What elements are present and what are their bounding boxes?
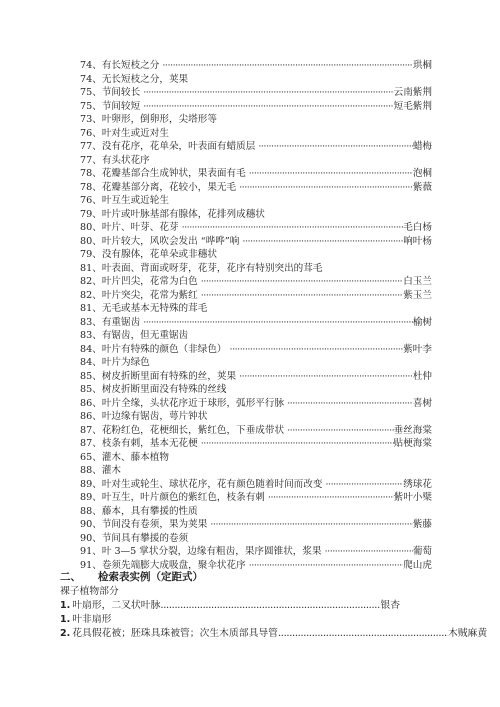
- key-line: 89、叶对生或轮生、球状花序，花有颜色随着时间而改变绣球花: [80, 478, 432, 492]
- key-line-number: 83、: [80, 316, 102, 330]
- section-subtitle: 裸子植物部分: [60, 585, 440, 599]
- key-line-text: 叶表面、背面或呀芽，花芽，花序有特别突出的茸毛: [102, 262, 323, 276]
- key-line-text: 叶片为绿色: [102, 356, 150, 370]
- key-line: 76、叶对生或近对生: [80, 127, 432, 141]
- dot-leader: [236, 370, 413, 384]
- key-line-text: 叶片、叶芽、花芽: [102, 221, 179, 235]
- dot-leader: [246, 167, 413, 181]
- dot-leader: [179, 221, 404, 235]
- key-line: 83、有重锯齿榆树: [80, 316, 432, 330]
- subtitle-text: 裸子植物部分: [60, 585, 119, 599]
- key-line-species: 白玉兰: [403, 275, 432, 289]
- section-line-text: 叶扇形，二叉状叶脉: [72, 599, 160, 613]
- key-line-text: 灌木、藤本植物: [102, 451, 169, 465]
- key-line-number: 88、: [80, 464, 102, 478]
- key-line-number: 78、: [80, 181, 102, 195]
- key-line-text: 节间较短: [102, 100, 140, 114]
- key-line-text: 树皮折断里面有特殊的丝，荚果: [102, 370, 236, 384]
- dot-leader: [160, 599, 380, 613]
- key-line: 88、灌木: [80, 464, 432, 478]
- key-line: 73、叶卵形，倒卵形，尖塔形等: [80, 113, 432, 127]
- dot-leader: [284, 424, 394, 438]
- key-line-text: 叶对生或轮生、球状花序，花有颜色随着时间而改变: [102, 478, 323, 492]
- dot-leader: [278, 627, 448, 641]
- key-line: 91、叶 3—5 掌状分裂，边缘有粗齿，果序圆锥状，浆果葡萄: [80, 545, 432, 559]
- key-line-text: 叶互生或近轮生: [102, 194, 169, 208]
- dot-leader: [227, 343, 404, 357]
- key-line-number: 73、: [80, 113, 102, 127]
- key-line-text: 无长短枝之分，荚果: [102, 73, 188, 87]
- key-line: 81、叶表面、背面或呀芽，花芽，花序有特别突出的茸毛: [80, 262, 432, 276]
- key-line-species: 云南紫荆: [394, 86, 432, 100]
- key-line-number: 84、: [80, 343, 102, 357]
- section-title: 检索表实例（定距式）: [98, 571, 203, 583]
- key-line-text: 灌木: [102, 464, 121, 478]
- section-line-species: 木贼麻黄: [448, 627, 487, 641]
- dot-leader: [140, 100, 393, 114]
- key-line-text: 有长短枝之分: [102, 59, 160, 73]
- key-line-number: 81、: [80, 302, 102, 316]
- key-line-text: 有锯齿，但无重锯齿: [102, 329, 188, 343]
- key-line-species: 紫藤: [413, 518, 432, 532]
- key-line-number: 86、: [80, 397, 102, 411]
- key-line-text: 叶 3—5 掌状分裂，边缘有粗齿，果序圆锥状，浆果: [102, 545, 322, 559]
- key-line-text: 叶互生，叶片颜色的紫红色，枝条有刺: [102, 491, 265, 505]
- section-key-line: 1.叶非扇形: [60, 613, 440, 627]
- key-line-number: 84、: [80, 356, 102, 370]
- key-line: 77、没有花序，花单朵，叶表面有蜡质层蜡梅: [80, 140, 432, 154]
- dot-leader: [159, 59, 412, 73]
- dot-leader: [265, 491, 394, 505]
- key-line-species: 贴梗海棠: [394, 437, 432, 451]
- dichotomous-key-list: 74、有长短枝之分珙桐74、无长短枝之分，荚果75、节间较长云南紫荆75、节间较…: [80, 59, 432, 572]
- key-line: 74、无长短枝之分，荚果: [80, 73, 432, 87]
- key-line: 82、叶片凹尖，花常为白色白玉兰: [80, 275, 432, 289]
- key-line-number: 76、: [80, 127, 102, 141]
- key-line-text: 有头状花序: [102, 154, 150, 168]
- key-line: 89、叶互生，叶片颜色的紫红色，枝条有刺紫叶小檗: [80, 491, 432, 505]
- key-line-number: 87、: [80, 424, 102, 438]
- key-line: 80、叶片、叶芽、花芽毛白杨: [80, 221, 432, 235]
- dot-leader: [207, 518, 412, 532]
- key-line-species: 蜡梅: [413, 140, 432, 154]
- key-line-species: 榆树: [413, 316, 432, 330]
- key-line-number: 75、: [80, 86, 102, 100]
- key-line-species: 葡萄: [413, 545, 432, 559]
- key-line-text: 叶片凹尖，花常为白色: [102, 275, 198, 289]
- key-line: 85、树皮折断里面没有特殊的丝线: [80, 383, 432, 397]
- dot-leader: [322, 478, 403, 492]
- key-line: 76、叶互生或近轮生: [80, 194, 432, 208]
- key-line: 79、叶片或叶脉基部有腺体，花排列成穗状: [80, 208, 432, 222]
- key-line-species: 绣球花: [403, 478, 432, 492]
- key-line-text: 无毛或基本无特殊的茸毛: [102, 302, 208, 316]
- key-line-number: 74、: [80, 73, 102, 87]
- key-line-number: 65、: [80, 451, 102, 465]
- key-line-number: 90、: [80, 532, 102, 546]
- key-line-text: 花粉红色，花梗细长，紫红色，下垂成带状: [102, 424, 284, 438]
- key-line: 88、藤本，具有攀援的性质: [80, 505, 432, 519]
- key-line: 84、叶片为绿色: [80, 356, 432, 370]
- key-line: 83、有锯齿，但无重锯齿: [80, 329, 432, 343]
- key-line: 90、节间具有攀援的卷须: [80, 532, 432, 546]
- key-line: 75、节间较长云南紫荆: [80, 86, 432, 100]
- key-line-number: 85、: [80, 370, 102, 384]
- key-line: 85、树皮折断里面有特殊的丝，荚果杜仲: [80, 370, 432, 384]
- key-line-text: 叶片较大，风吹会发出 “哗哗”响: [102, 235, 240, 249]
- key-line-number: 79、: [80, 248, 102, 262]
- section-key-lines: 1.叶扇形，二叉状叶脉银杏1.叶非扇形2.花具假花被；胚珠具珠被管；次生木质部具…: [60, 599, 440, 641]
- key-line-text: 藤本，具有攀援的性质: [102, 505, 198, 519]
- key-line-number: 85、: [80, 383, 102, 397]
- key-line-species: 紫叶小檗: [394, 491, 432, 505]
- key-line-number: 89、: [80, 478, 102, 492]
- section-line-number: 1.: [60, 613, 70, 627]
- key-line-text: 花瓣基部合生成钟状，果表面有毛: [102, 167, 246, 181]
- dot-leader: [255, 140, 413, 154]
- key-line-species: 紫薇: [413, 181, 432, 195]
- key-line-species: 毛白杨: [403, 221, 432, 235]
- key-line-species: 垂丝海棠: [394, 424, 432, 438]
- key-line: 87、花粉红色，花梗细长，紫红色，下垂成带状垂丝海棠: [80, 424, 432, 438]
- dot-leader: [236, 181, 413, 195]
- dot-leader: [140, 316, 413, 330]
- section-line-number: 2.: [60, 627, 70, 641]
- key-line: 78、花瓣基部合生成钟状，果表面有毛泡桐: [80, 167, 432, 181]
- key-line: 82、叶片突尖，花常为紫红紫玉兰: [80, 289, 432, 303]
- key-line-species: 喜树: [413, 397, 432, 411]
- section-heading: 二、检索表实例（定距式）: [60, 570, 440, 585]
- section-line-species: 银杏: [380, 599, 400, 613]
- section-line-number: 1.: [60, 599, 70, 613]
- key-line-number: 79、: [80, 208, 102, 222]
- dot-leader: [239, 235, 403, 249]
- example-section: 二、检索表实例（定距式） 裸子植物部分 1.叶扇形，二叉状叶脉银杏1.叶非扇形2…: [60, 570, 440, 641]
- key-line-species: 短毛紫荆: [394, 100, 432, 114]
- key-line-text: 叶边缘有锯齿，萼片钟状: [102, 410, 208, 424]
- key-line: 86、叶片全缘，头状花序近于球形，弧形平行脉喜树: [80, 397, 432, 411]
- key-line-species: 紫叶李: [403, 343, 432, 357]
- key-line-number: 90、: [80, 518, 102, 532]
- key-line-text: 节间没有卷须，果为荚果: [102, 518, 208, 532]
- key-line-species: 珙桐: [413, 59, 432, 73]
- key-line: 77、有头状花序: [80, 154, 432, 168]
- key-line-number: 89、: [80, 491, 102, 505]
- key-line-species: 紫玉兰: [403, 289, 432, 303]
- dot-leader: [322, 545, 413, 559]
- key-line-species: 响叶杨: [403, 235, 432, 249]
- key-line: 65、灌木、藤本植物: [80, 451, 432, 465]
- key-line-text: 叶对生或近对生: [102, 127, 169, 141]
- dot-leader: [198, 437, 394, 451]
- key-line-number: 82、: [80, 275, 102, 289]
- key-line-text: 没有腺体，花单朵或非穗状: [102, 248, 217, 262]
- key-line: 79、没有腺体，花单朵或非穗状: [80, 248, 432, 262]
- section-line-text: 叶非扇形: [72, 613, 111, 627]
- key-line-text: 叶片或叶脉基部有腺体，花排列成穗状: [102, 208, 265, 222]
- key-line-number: 78、: [80, 167, 102, 181]
- dot-leader: [284, 397, 413, 411]
- key-line-species: 杜仲: [413, 370, 432, 384]
- key-line-number: 91、: [80, 545, 102, 559]
- key-line-text: 叶卵形，倒卵形，尖塔形等: [102, 113, 217, 127]
- key-line-text: 叶片全缘，头状花序近于球形，弧形平行脉: [102, 397, 284, 411]
- section-key-line: 1.叶扇形，二叉状叶脉银杏: [60, 599, 440, 613]
- key-line: 81、无毛或基本无特殊的茸毛: [80, 302, 432, 316]
- key-line-number: 75、: [80, 100, 102, 114]
- key-line-text: 叶片突尖，花常为紫红: [102, 289, 198, 303]
- key-line: 78、花瓣基部分离，花较小，果无毛紫薇: [80, 181, 432, 195]
- document-page: 74、有长短枝之分珙桐74、无长短枝之分，荚果75、节间较长云南紫荆75、节间较…: [0, 0, 500, 707]
- key-line-species: 泡桐: [413, 167, 432, 181]
- key-line: 80、叶片较大，风吹会发出 “哗哗”响响叶杨: [80, 235, 432, 249]
- key-line-number: 80、: [80, 221, 102, 235]
- section-index: 二、: [60, 570, 98, 585]
- key-line-text: 节间较长: [102, 86, 140, 100]
- key-line-number: 81、: [80, 262, 102, 276]
- key-line-number: 86、: [80, 410, 102, 424]
- key-line-text: 花瓣基部分离，花较小，果无毛: [102, 181, 236, 195]
- key-line-text: 叶片有特殊的颜色（非绿色）: [102, 343, 227, 357]
- key-line-number: 83、: [80, 329, 102, 343]
- key-line: 84、叶片有特殊的颜色（非绿色）紫叶李: [80, 343, 432, 357]
- section-key-line: 2.花具假花被；胚珠具珠被管；次生木质部具导管木贼麻黄: [60, 627, 440, 641]
- key-line-number: 87、: [80, 437, 102, 451]
- key-line-number: 74、: [80, 59, 102, 73]
- key-line-number: 88、: [80, 505, 102, 519]
- key-line-text: 枝条有刺，基本无花梗: [102, 437, 198, 451]
- key-line-number: 82、: [80, 289, 102, 303]
- key-line-text: 没有花序，花单朵，叶表面有蜡质层: [102, 140, 256, 154]
- key-line-text: 树皮折断里面没有特殊的丝线: [102, 383, 227, 397]
- key-line: 75、节间较短短毛紫荆: [80, 100, 432, 114]
- key-line-number: 77、: [80, 154, 102, 168]
- key-line: 87、枝条有刺，基本无花梗贴梗海棠: [80, 437, 432, 451]
- dot-leader: [198, 289, 403, 303]
- key-line: 86、叶边缘有锯齿，萼片钟状: [80, 410, 432, 424]
- key-line: 90、节间没有卷须，果为荚果紫藤: [80, 518, 432, 532]
- key-line-number: 80、: [80, 235, 102, 249]
- key-line: 74、有长短枝之分珙桐: [80, 59, 432, 73]
- key-line-number: 77、: [80, 140, 102, 154]
- key-line-text: 节间具有攀援的卷须: [102, 532, 188, 546]
- dot-leader: [198, 275, 403, 289]
- dot-leader: [140, 86, 393, 100]
- key-line-number: 76、: [80, 194, 102, 208]
- section-line-text: 花具假花被；胚珠具珠被管；次生木质部具导管: [72, 627, 278, 641]
- key-line-text: 有重锯齿: [102, 316, 140, 330]
